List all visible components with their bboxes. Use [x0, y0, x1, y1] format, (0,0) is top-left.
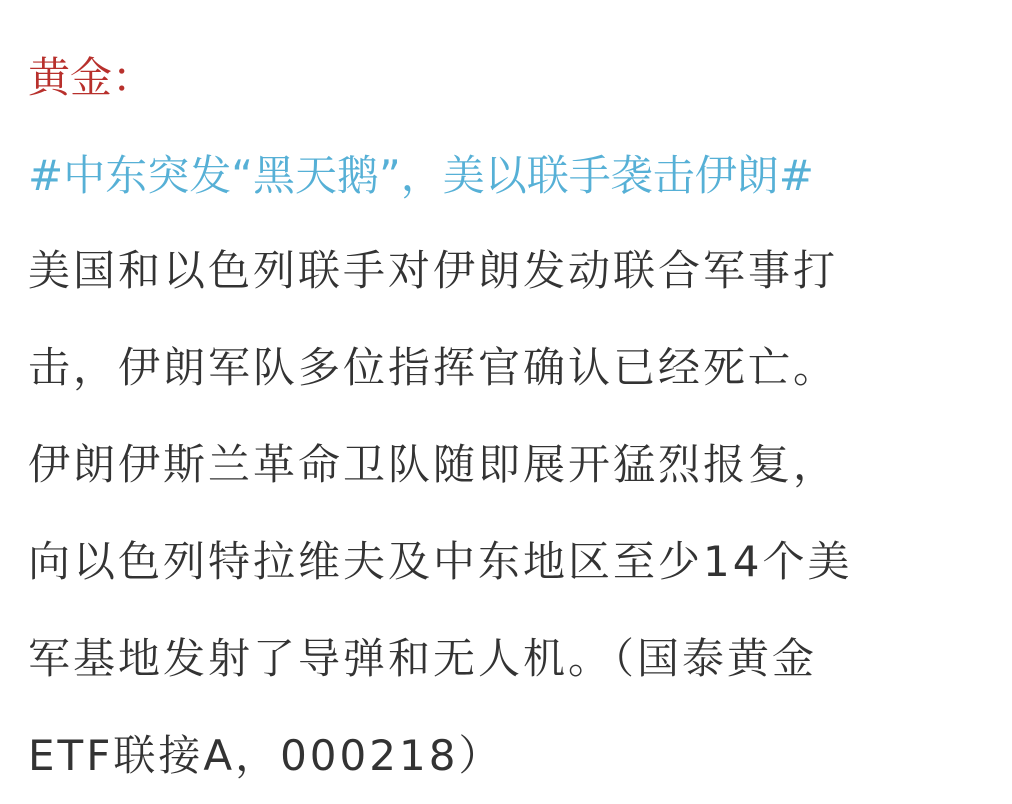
topic-hashtag-link[interactable]: #中东突发“黑天鹅”，美以联手袭击伊朗# — [28, 150, 814, 202]
body-line: ETF联接A，000218） — [28, 707, 998, 804]
body-line: 击，伊朗军队多位指挥官确认已经死亡。 — [28, 319, 998, 416]
category-label: 黄金： — [28, 52, 154, 104]
body-line: 美国和以色列联手对伊朗发动联合军事打 — [28, 222, 998, 319]
body-line: 伊朗伊斯兰革命卫队随即展开猛烈报复， — [28, 416, 998, 513]
post-body: 美国和以色列联手对伊朗发动联合军事打 击，伊朗军队多位指挥官确认已经死亡。 伊朗… — [28, 222, 998, 804]
body-line: 军基地发射了导弹和无人机。（国泰黄金 — [28, 610, 998, 707]
body-line: 向以色列特拉维夫及中东地区至少14个美 — [28, 513, 998, 610]
